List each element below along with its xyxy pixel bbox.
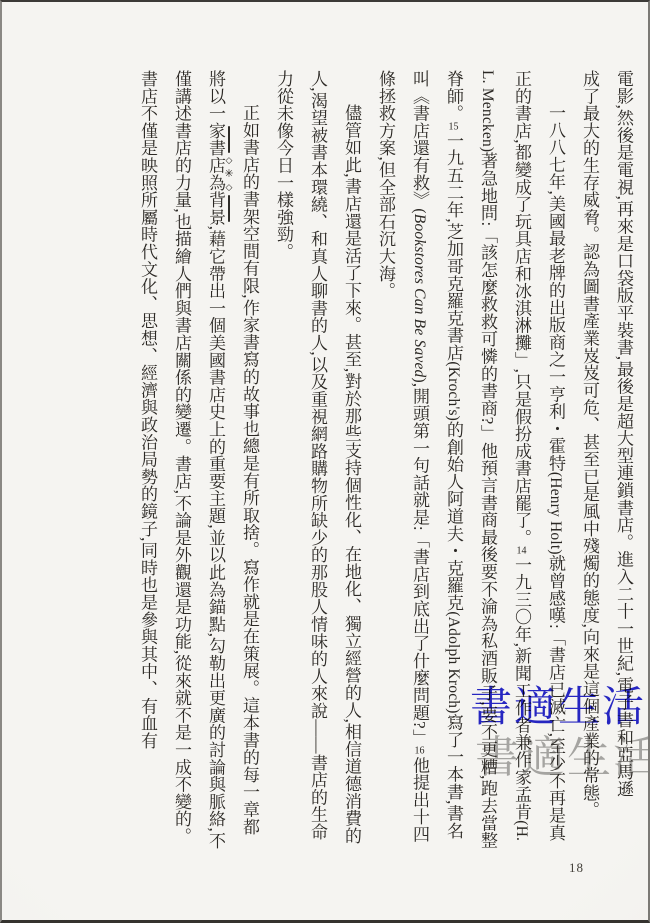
paragraph-continuation: 電影,然後是電視,再來是口袋版平裝書,最後是超大型連鎖書店。進入二十一世紀,電子… <box>606 70 640 850</box>
asterisk-icon: ✳ <box>224 169 233 180</box>
text-segment-itl: Bookstores Can Be Saved <box>411 214 428 378</box>
section-divider: ◇ ✳ ◇ <box>222 126 236 222</box>
text-segment-lat: (Henry Holt) <box>547 472 564 555</box>
paragraph: 儘管如此,書店還是活了下來。甚至,對於那些支持個性化、在地化、獨立經營的人,相信… <box>266 70 368 850</box>
text-segment-sup: 15 <box>448 122 459 132</box>
text-segment-sup: 14 <box>516 546 527 556</box>
text-segment-sup: 16 <box>414 746 425 756</box>
text-segment-lat: (Kroch's) <box>445 361 462 421</box>
paragraph: 一八八七年,美國最老牌的出版商之一亨利・霍特(Henry Holt)就曾感嘆:「… <box>368 70 572 850</box>
diamond-icon: ◇ <box>226 183 233 192</box>
page-number: 18 <box>569 860 584 876</box>
divider-rule-bottom <box>228 195 230 222</box>
watermark-blue: 書適生活 <box>470 687 646 729</box>
text-segment-cjk: 一八八七年,美國最老牌的出版商之一亨利・霍特 <box>546 104 565 472</box>
divider-rule-top <box>228 126 230 153</box>
book-page: 電影,然後是電視,再來是口袋版平裝書,最後是超大型連鎖書店。進入二十一世紀,電子… <box>0 0 650 923</box>
diamond-icon: ◇ <box>226 156 233 165</box>
text-segment-cjk: 的創始人阿道夫・克羅克 <box>444 421 463 611</box>
main-text-block: 電影,然後是電視,再來是口袋版平裝書,最後是超大型連鎖書店。進入二十一世紀,電子… <box>130 70 640 850</box>
text-segment-cjk: 儘管如此,書店還是活了下來。甚至,對於那些支持個性化、在地化、獨立經營的人,相信… <box>274 70 361 844</box>
paragraph-continuation: 成了最大的生存威脅。認為圖書產業岌岌可危、甚至已是風中殘燭的態度,向來是這個產業… <box>572 70 606 850</box>
paragraph: 正如書店的書架空間有限,作家書寫的故事也總是有所取捨。寫作就是在策展。這本書的每… <box>130 70 266 850</box>
text-segment-cjk: ,開頭第一句話就是:「書店到底出了什麼問題?」 <box>410 383 429 746</box>
text-segment-cjk: 一九五二年,芝加哥克羅克書店 <box>444 132 463 361</box>
text-segment-lat: (Adolph Kroch) <box>445 611 462 713</box>
text-segment-cjk: 正如書店的書架空間有限,作家書寫的故事也總是有所取捨。寫作就是在策展。這本書的每… <box>138 70 259 849</box>
